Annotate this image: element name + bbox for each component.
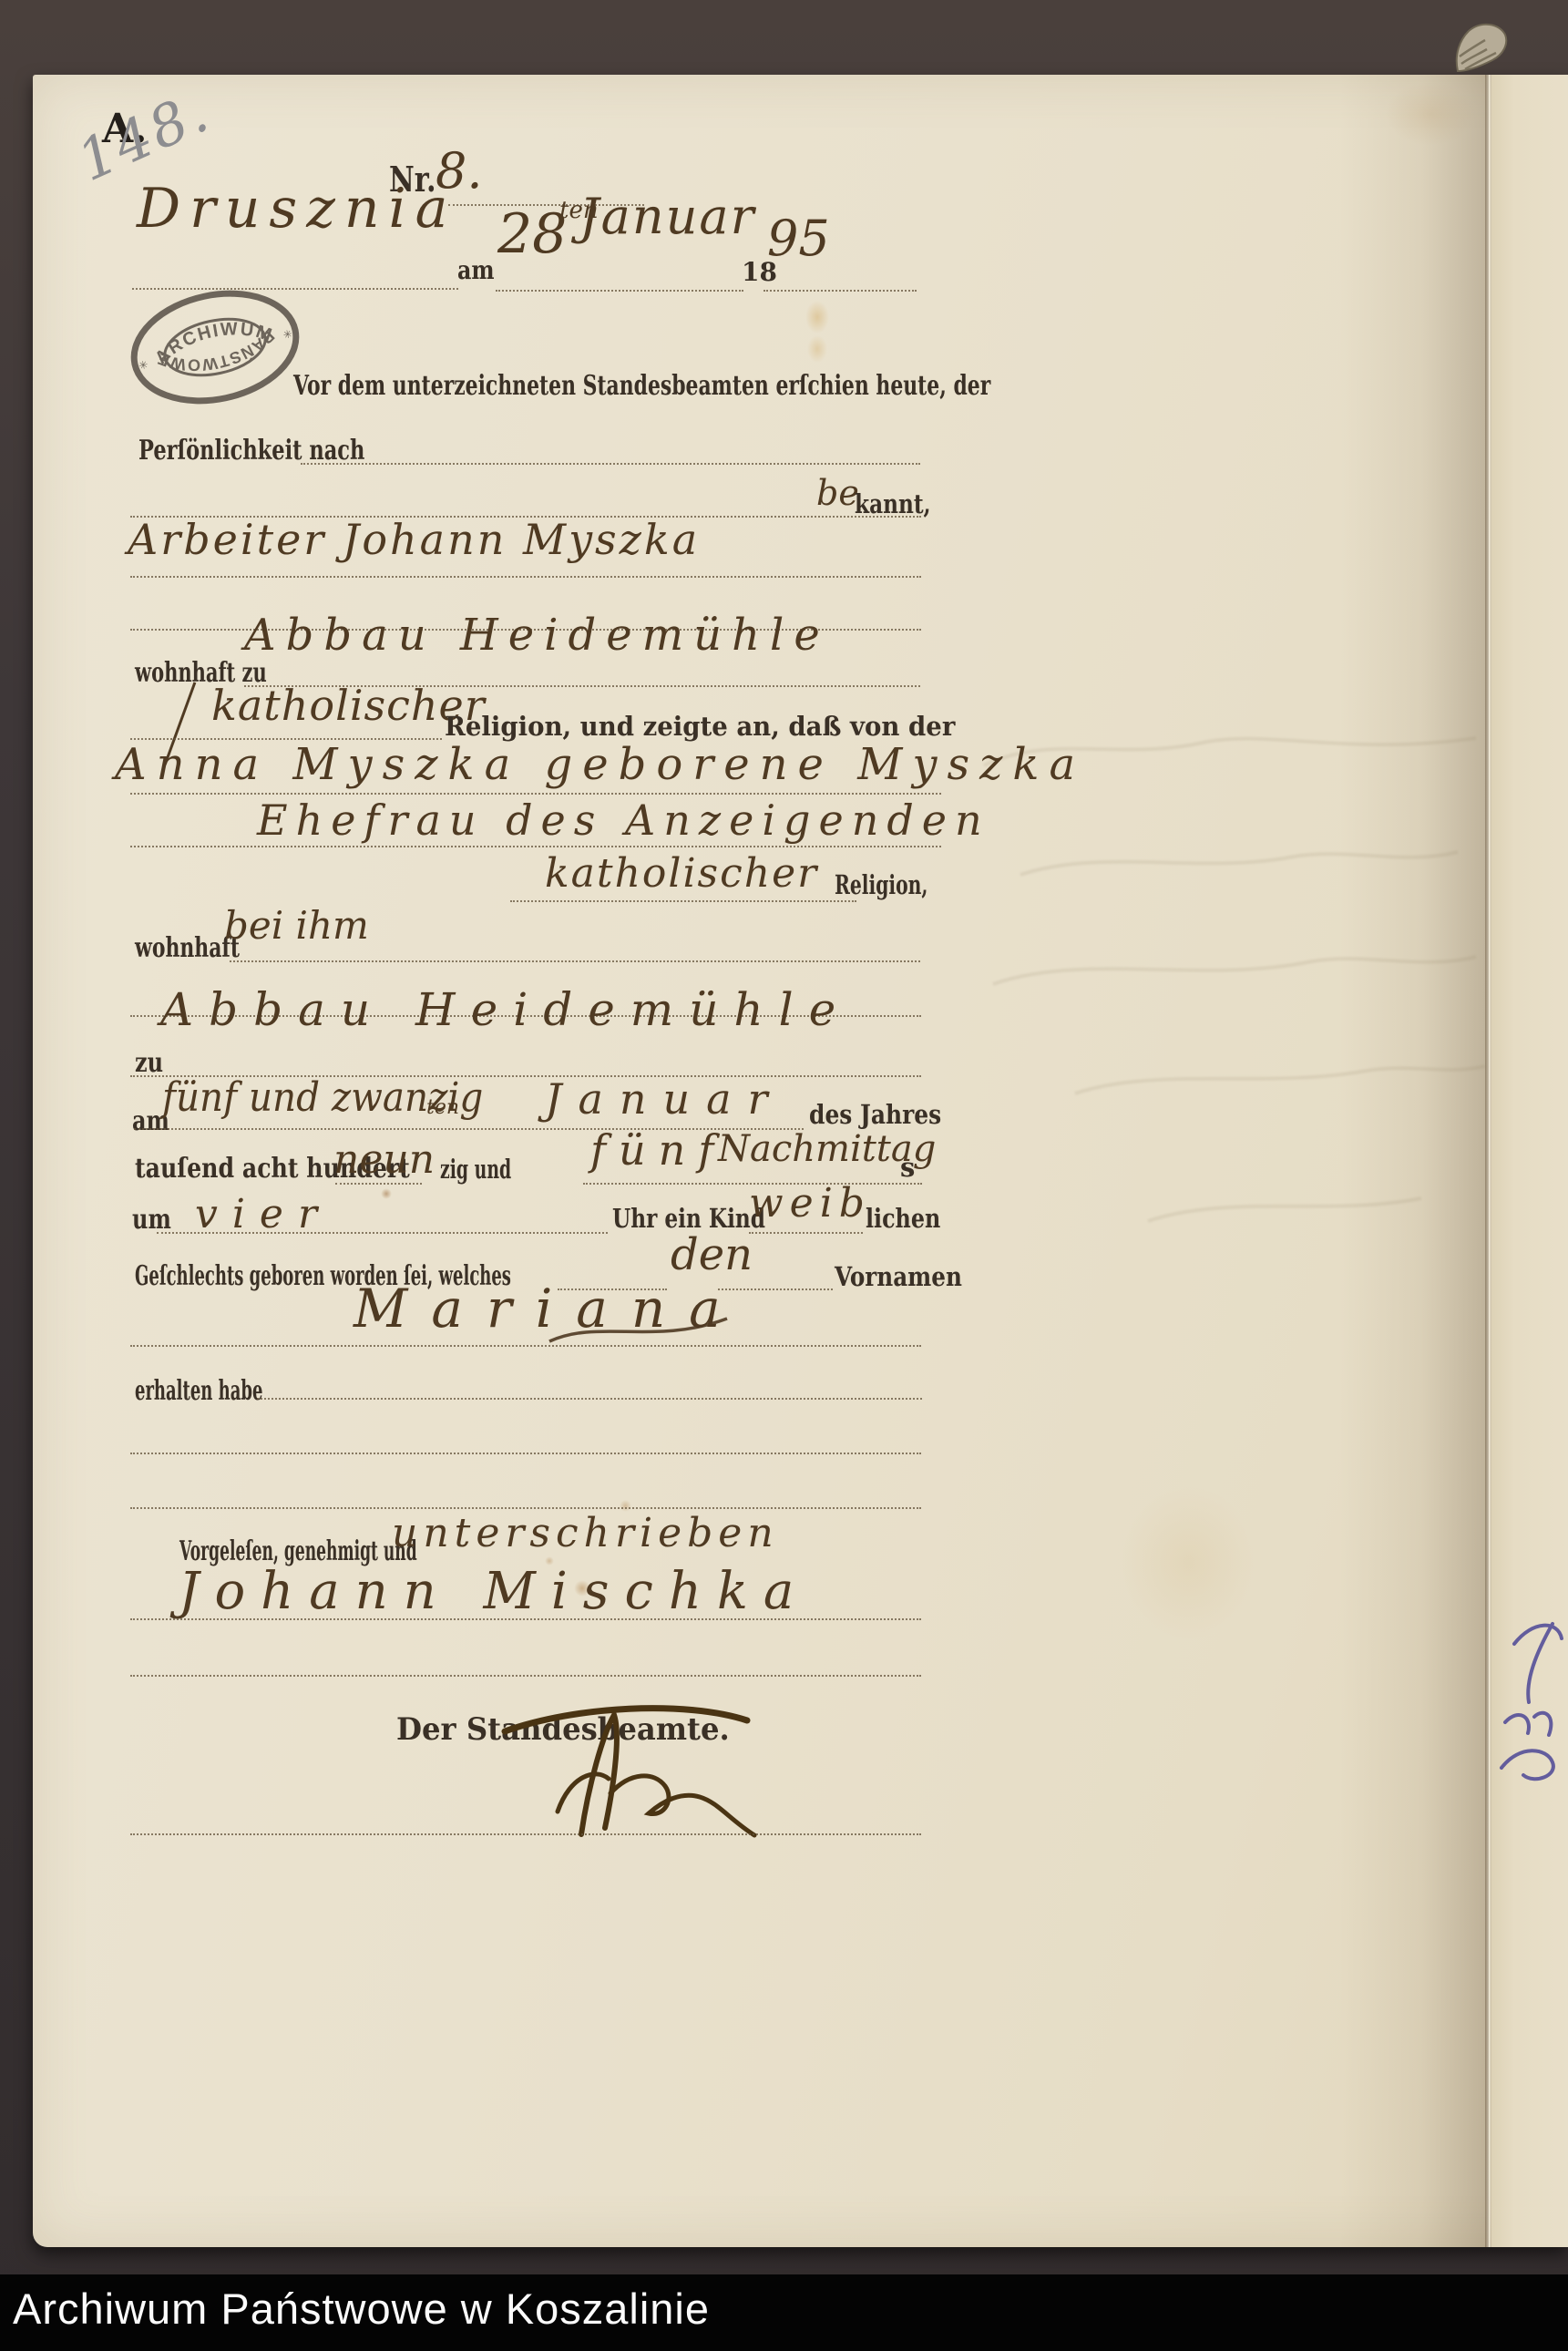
unterschrieben-entry: unterschrieben (392, 1513, 779, 1555)
intro-line: Vor dem unterzeichneten Standesbeamten e… (293, 371, 990, 401)
pen-flourish (545, 1305, 736, 1360)
dotted-line (130, 846, 941, 847)
daytime-s-label: s (900, 1154, 915, 1183)
dotted-line (764, 290, 917, 292)
dotted-line (510, 900, 856, 902)
persoenlichkeit-label: Perſönlichkeit nach (138, 436, 364, 466)
dotted-line (130, 1345, 921, 1347)
vornamen-label: Vornamen (835, 1263, 962, 1292)
dotted-line (130, 1453, 921, 1454)
archive-name: Archiwum Państwowe w Koszalinie (13, 2284, 710, 2334)
religion2-entry: katholischer (545, 853, 818, 895)
blue-ink-fragment (1496, 1615, 1568, 1783)
dotted-line (257, 1398, 922, 1400)
den-entry: den (671, 1232, 753, 1278)
gender-entry: weib (749, 1183, 871, 1225)
dotted-line (130, 1618, 921, 1620)
stamp-side-mark: ✳ (138, 358, 149, 373)
declarant-signature: Johann Mischka (179, 1566, 809, 1619)
binding-cord (1450, 18, 1511, 77)
erhalten-habe-label: erhalten habe (135, 1376, 262, 1406)
dotted-line (749, 1232, 863, 1234)
dotted-line (130, 1833, 921, 1835)
registrar-signature (494, 1684, 758, 1843)
um-label: um (132, 1205, 171, 1235)
day-number: 28 (497, 206, 567, 263)
religion2-label: Religion, (835, 871, 927, 900)
scanned-document: A. 148. Nr. 8. Drusznia am 28 ten Januar… (0, 0, 1568, 2351)
archive-caption-bar: Archiwum Państwowe w Koszalinie (0, 2274, 1568, 2351)
year-hand: 95 (767, 213, 830, 265)
zu-label: zu (135, 1048, 163, 1078)
dotted-line (230, 960, 920, 962)
wohnhaft-entry: bei ihm (224, 906, 369, 946)
dotted-line (496, 290, 743, 292)
dotted-line (301, 463, 920, 465)
place-name: Drusznia (137, 180, 456, 238)
zig-und-label: zig und (440, 1155, 511, 1185)
dotted-line (130, 793, 941, 795)
be-hand: be (816, 476, 859, 512)
dotted-line (335, 1183, 422, 1185)
dotted-line (130, 1507, 921, 1509)
birth-day-suffix: ten (426, 1097, 459, 1118)
dotted-line (132, 288, 458, 290)
year-unit-entry: fünf (590, 1128, 726, 1172)
declarant-entry: Arbeiter Johann Myszka (128, 518, 700, 561)
residence-entry: Abbau Heidemühle (244, 612, 830, 658)
dotted-line (130, 576, 921, 578)
mother-name-entry: Anna Myszka geborene Myszka (115, 742, 1085, 787)
birth-month-entry: Januar (545, 1077, 784, 1121)
religion1-label: Religion, und zeigte an, daß von der (445, 713, 955, 742)
mother-status-entry: Ehefrau des Anzeigenden (257, 798, 990, 842)
lichen-label: lichen (866, 1205, 940, 1234)
month-name: Januar (579, 191, 755, 243)
dotted-line (157, 1232, 608, 1234)
hour-entry: vier (195, 1194, 332, 1236)
des-jahres-label: des Jahres (809, 1101, 941, 1130)
bleed-through-writing (966, 711, 1512, 1312)
decade-entry: neun (333, 1139, 435, 1181)
birthplace-entry: Abbau Heidemühle (160, 986, 851, 1034)
am-label: am (457, 257, 495, 285)
dotted-line (130, 1675, 921, 1677)
